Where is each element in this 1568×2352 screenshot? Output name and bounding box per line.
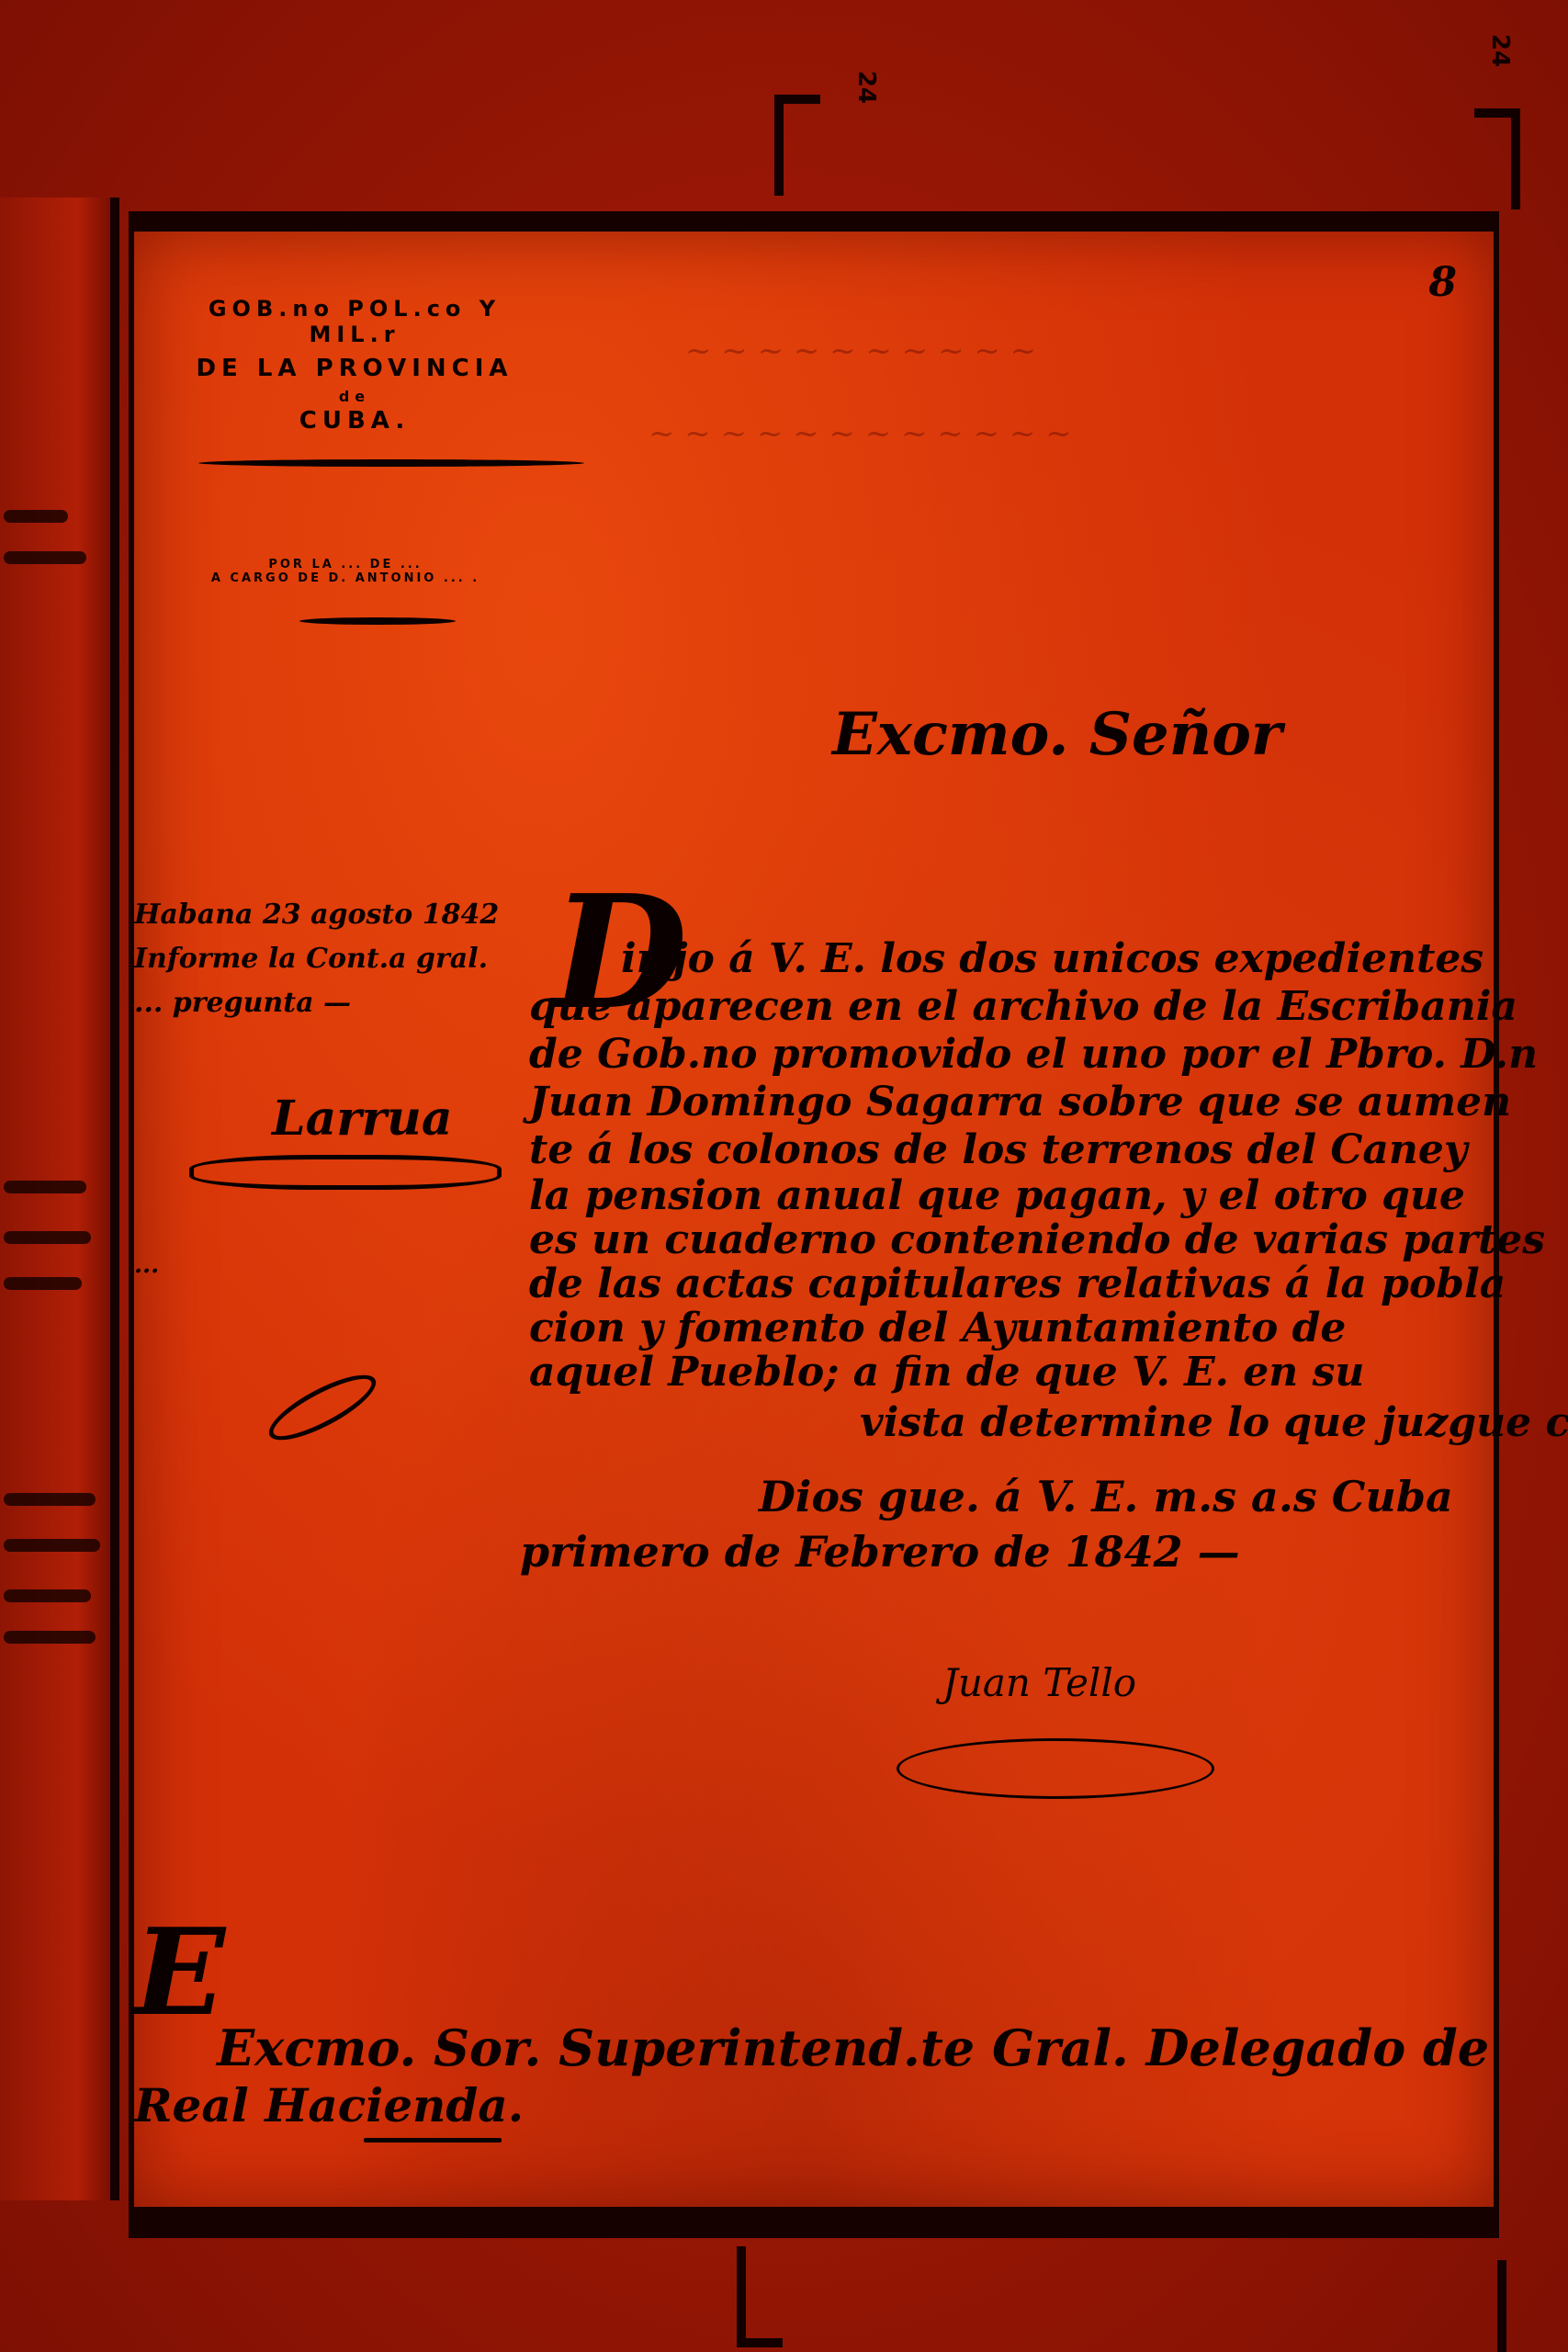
- addressee-line: Real Hacienda.: [134, 2078, 524, 2132]
- salutation: Excmo. Señor: [832, 700, 1282, 769]
- adjacent-page-text: [4, 1589, 91, 1602]
- bleed-through-text: ~ ~ ~ ~ ~ ~ ~ ~ ~ ~: [685, 333, 1036, 369]
- body-line: es un cuaderno conteniendo de varias par…: [529, 1220, 1545, 1261]
- addressee-initial: E: [134, 1913, 225, 2032]
- signature-flourish: [189, 1155, 502, 1190]
- letter-body: irijo á V. E. los dos unicos expedientes…: [529, 939, 1484, 1453]
- body-line: vista determine lo que juzgue convenient…: [860, 1403, 1568, 1443]
- body-line: la pension anual que pagan, y el otro qu…: [529, 1176, 1465, 1216]
- addressee-underline: [364, 2138, 502, 2143]
- body-line: aquel Pueblo; a fin de que V. E. en su: [529, 1352, 1364, 1393]
- frame-corner-bottom-right: [1488, 2260, 1506, 2352]
- closing-formula: Dios gue. á V. E. m.s a.s Cuba: [759, 1472, 1453, 1521]
- adjacent-page-text: [4, 1631, 96, 1644]
- letterhead-subline-2: A CARGO DE D. ANTONIO ... .: [198, 571, 492, 585]
- folio-number: 8: [1428, 259, 1457, 306]
- adjacent-page-text: [4, 1181, 86, 1193]
- closing-date: primero de Febrero de 1842 —: [520, 1527, 1240, 1577]
- letterhead-line: de: [171, 388, 538, 405]
- letterhead-subline: POR LA ... DE ... A CARGO DE D. ANTONIO …: [198, 558, 492, 585]
- margin-note-secondary: ...: [134, 1251, 159, 1279]
- body-line: Juan Domingo Sagarra sobre que se aumen: [529, 1082, 1511, 1123]
- body-line: que aparecen en el archivo de la Escriba…: [529, 987, 1517, 1027]
- bleed-through-text: ~ ~ ~ ~ ~ ~ ~ ~ ~ ~ ~ ~: [649, 415, 1072, 452]
- body-line: irijo á V. E. los dos unicos expedientes: [621, 939, 1483, 979]
- letterhead: GOB.no POL.co Y MIL.r DE LA PROVINCIA de…: [171, 296, 538, 435]
- addressee-line: Excmo. Sor. Superintend.te Gral. Delegad…: [217, 2018, 1489, 2077]
- frame-corner-top-left: [774, 95, 820, 196]
- margin-signature: Larrua: [272, 1091, 453, 1147]
- manuscript-page: 8 ~ ~ ~ ~ ~ ~ ~ ~ ~ ~ ~ ~ ~ ~ ~ ~ ~ ~ ~ …: [129, 211, 1499, 2238]
- letterhead-subline-1: POR LA ... DE ...: [198, 558, 492, 571]
- adjacent-page-text: [4, 510, 68, 523]
- adjacent-page-text: [4, 1539, 100, 1552]
- frame-marker-number: 24: [1486, 34, 1514, 67]
- frame-corner-bottom-left: [737, 2246, 783, 2347]
- author-signature: Juan Tello: [942, 1660, 1136, 1705]
- letterhead-line: DE LA PROVINCIA: [171, 355, 538, 382]
- adjacent-page-text: [4, 551, 86, 564]
- adjacent-page-text: [4, 1231, 91, 1244]
- adjacent-page-text: [4, 1277, 82, 1290]
- body-line: te á los colonos de los terrenos del Can…: [529, 1130, 1467, 1170]
- margin-note-line: Habana 23 agosto 1842: [134, 893, 557, 937]
- letterhead-line: CUBA.: [171, 407, 538, 435]
- margin-note-decree: Habana 23 agosto 1842 Informe la Cont.a …: [134, 893, 557, 1025]
- letterhead-divider-small: [299, 617, 456, 625]
- letterhead-divider: [198, 459, 584, 467]
- margin-note-line: ... pregunta —: [134, 981, 557, 1025]
- letterhead-line: GOB.no POL.co Y MIL.r: [171, 296, 538, 347]
- adjacent-page-strip: [0, 198, 119, 2200]
- adjacent-page-text: [4, 1493, 96, 1506]
- frame-marker-number: 24: [852, 71, 880, 104]
- rubric-mark: [261, 1363, 384, 1452]
- frame-corner-top-right: [1474, 108, 1520, 209]
- signature-rubric: [897, 1738, 1214, 1799]
- margin-note-line: Informe la Cont.a gral.: [134, 937, 557, 981]
- body-line: de las actas capitulares relativas á la …: [529, 1264, 1506, 1305]
- body-line: de Gob.no promovido el uno por el Pbro. …: [529, 1035, 1538, 1075]
- body-line: cion y fomento del Ayuntamiento de: [529, 1308, 1346, 1349]
